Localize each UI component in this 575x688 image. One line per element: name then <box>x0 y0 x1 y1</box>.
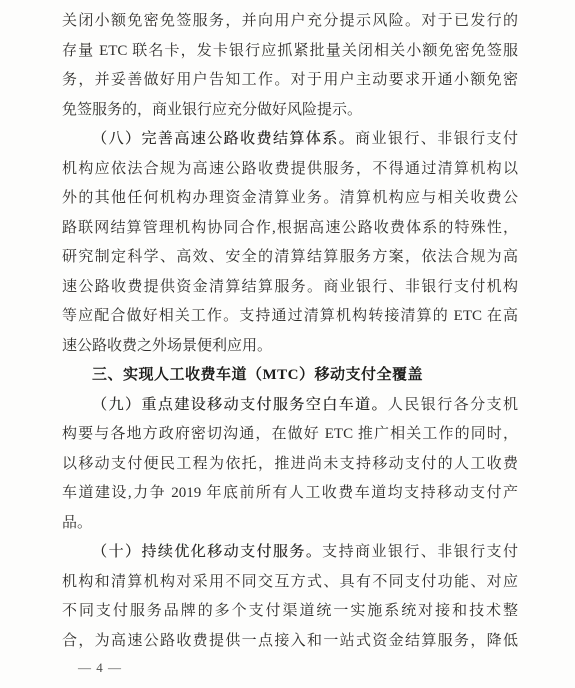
paragraph-text: 人民银行各分支机 <box>388 397 518 413</box>
text-line: 车道建设,力争 2019 年底前所有人工收费车道均支持移动支付产 <box>62 479 518 509</box>
text-line: 机构应依法合规为高速公路收费提供服务，不得通过清算机构以 <box>62 155 518 185</box>
paragraph-lead: （九）重点建设移动支付服务空白车道。 <box>92 397 388 413</box>
document-page: 关闭小额免密免签服务，并向用户充分提示风险。对于已发行的 存量 ETC 联名卡，… <box>0 0 575 688</box>
document-body: 关闭小额免密免签服务，并向用户充分提示风险。对于已发行的 存量 ETC 联名卡，… <box>62 7 518 656</box>
text-line: 合，为高速公路收费提供一点接入和一站式资金结算服务，降低 <box>62 627 518 657</box>
text-line: 研究制定科学、高效、安全的清算结算服务方案，依法合规为高 <box>62 243 518 273</box>
text-line: 速公路收费提供资金清算结算服务。商业银行、非银行支付机构 <box>62 273 518 303</box>
text-line: 路联网结算管理机构协同合作,根据高速公路收费体系的特殊性， <box>62 214 518 244</box>
text-line: 关闭小额免密免签服务，并向用户充分提示风险。对于已发行的 <box>62 7 518 37</box>
text-line: 构要与各地方政府密切沟通，在做好 ETC 推广相关工作的同时， <box>62 420 518 450</box>
paragraph-text: 商业银行、非银行支付 <box>355 131 518 147</box>
paragraph-start-line: （十）持续优化移动支付服务。支持商业银行、非银行支付 <box>62 538 518 568</box>
paragraph-lead: （十）持续优化移动支付服务。 <box>92 544 322 560</box>
paragraph-text: 支持商业银行、非银行支付 <box>322 544 518 560</box>
text-line: 务，并妥善做好用户告知工作。对于用户主动要求开通小额免密 <box>62 66 518 96</box>
paragraph-lead: （八）完善高速公路收费结算体系。 <box>92 131 355 147</box>
text-line: 速公路收费之外场景便利应用。 <box>62 332 518 362</box>
text-line: 不同支付服务品牌的多个支付渠道统一实施系统对接和技术整 <box>62 597 518 627</box>
text-line: 品。 <box>62 509 518 539</box>
page-number: — 4 — <box>78 660 518 676</box>
text-line: 存量 ETC 联名卡，发卡银行应抓紧批量关闭相关小额免密免签服 <box>62 37 518 67</box>
text-line: 免签服务的，商业银行应充分做好风险提示。 <box>62 96 518 126</box>
text-line: 外的其他任何机构办理资金清算业务。清算机构应与相关收费公 <box>62 184 518 214</box>
text-line: 以移动支付便民工程为依托，推进尚未支持移动支付的人工收费 <box>62 450 518 480</box>
text-line: 机构和清算机构对采用不同交互方式、具有不同支付功能、对应 <box>62 568 518 598</box>
section-heading: 三、实现人工收费车道（MTC）移动支付全覆盖 <box>62 361 518 391</box>
text-line: 等应配合做好相关工作。支持通过清算机构转接清算的 ETC 在高 <box>62 302 518 332</box>
paragraph-start-line: （九）重点建设移动支付服务空白车道。人民银行各分支机 <box>62 391 518 421</box>
paragraph-start-line: （八）完善高速公路收费结算体系。商业银行、非银行支付 <box>62 125 518 155</box>
